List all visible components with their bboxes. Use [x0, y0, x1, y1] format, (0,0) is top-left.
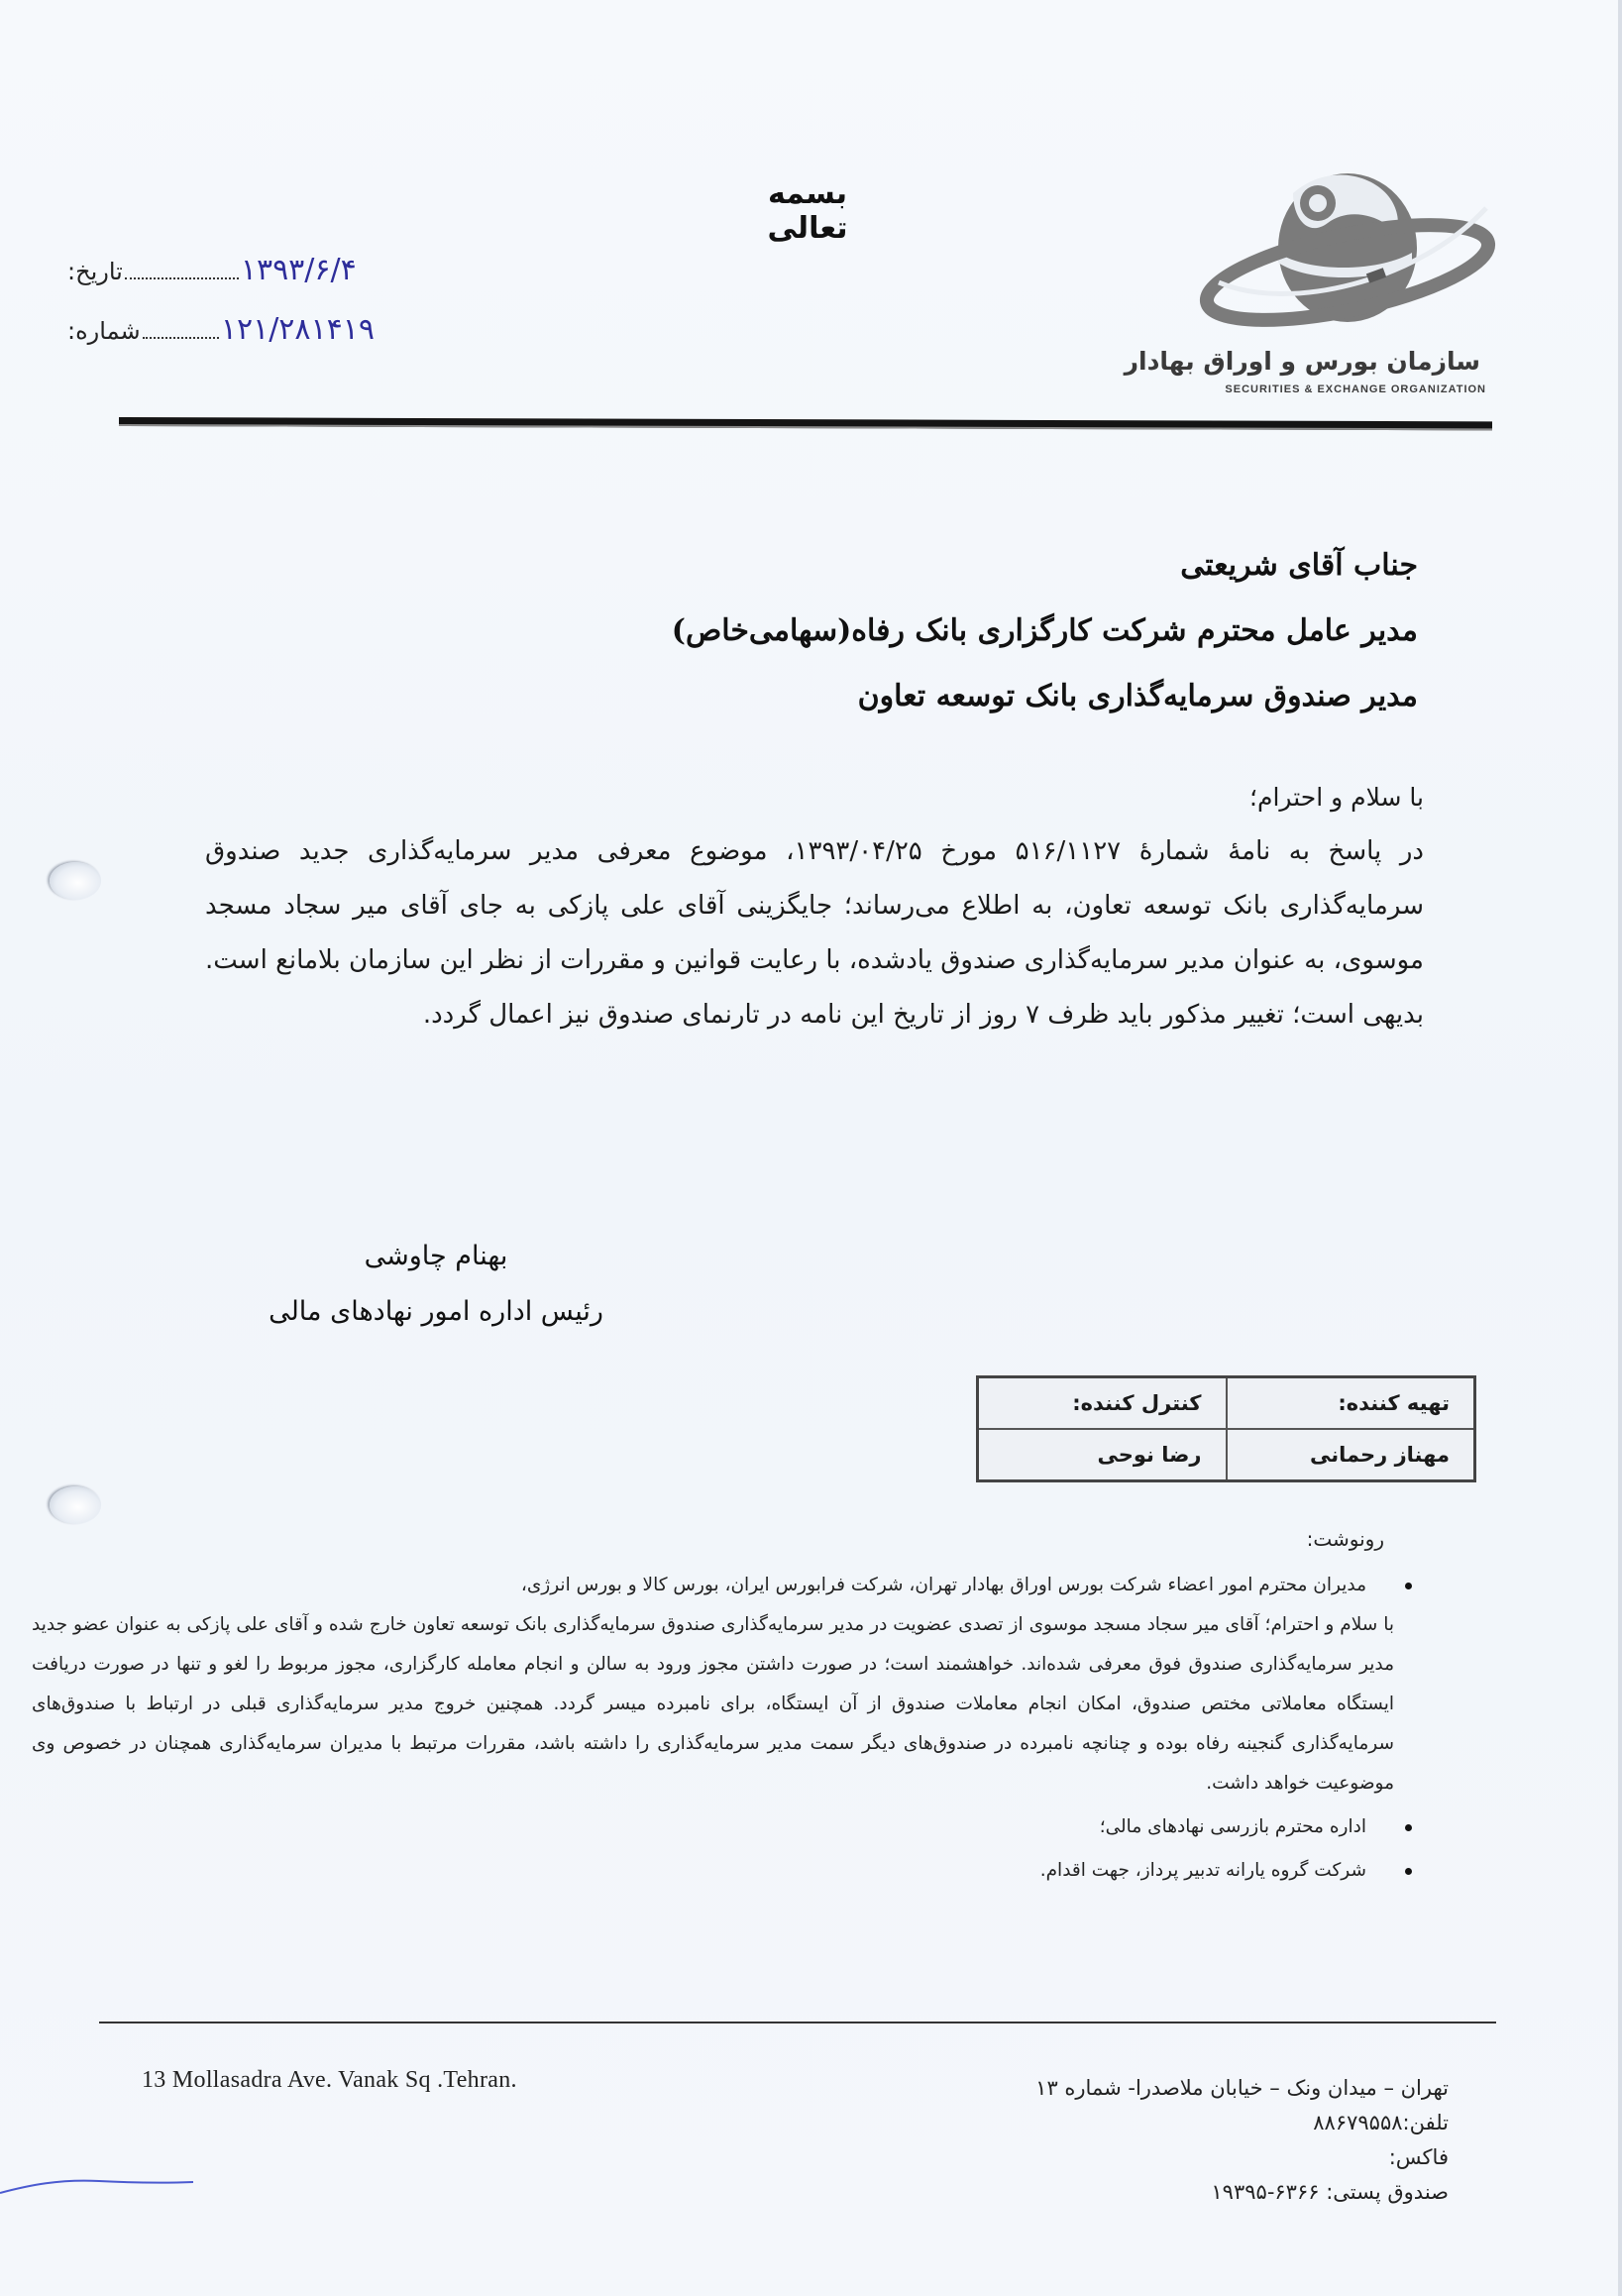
controlled-by-value: رضا نوحی: [978, 1429, 1227, 1481]
date-field: تاریخ: ۱۳۹۳/۶/۴: [67, 253, 375, 287]
date-dotted-line: [125, 262, 239, 279]
number-dotted-line: [143, 321, 219, 339]
organization-name-fa: سازمان بورس و اوراق بهادار: [1125, 347, 1480, 376]
controlled-by-header: کنترل کننده:: [978, 1377, 1227, 1430]
footer-fax: فاکس:: [854, 2140, 1449, 2175]
date-value: ۱۳۹۳/۶/۴: [241, 253, 357, 287]
addressee-line-2: مدیر عامل محترم شرکت کارگزاری بانک رفاه(…: [526, 599, 1418, 664]
footer-po-box: صندوق پستی: ۶۳۶۶-۱۹۳۹۵: [854, 2175, 1449, 2210]
cc-item: اداره محترم بازرسی نهادهای مالی؛: [126, 1807, 1394, 1847]
addressee-line-3: مدیر صندوق سرمایه‌گذاری بانک توسعه تعاون: [526, 664, 1418, 729]
prepared-by-value: مهناز رحمانی: [1227, 1429, 1475, 1481]
number-field: شماره: ۱۲۱/۲۸۱۴۱۹: [67, 312, 375, 347]
cc-item-first-line: اداره محترم بازرسی نهادهای مالی؛: [1100, 1816, 1366, 1837]
body-paragraph: در پاسخ به نامهٔ شمارهٔ ۵۱۶/۱۱۲۷ مورخ ۱۳…: [205, 824, 1424, 1042]
cc-title: رونوشت:: [1307, 1527, 1384, 1551]
cc-item-first-line: شرکت گروه یارانه تدبیر پرداز، جهت اقدام.: [1040, 1860, 1366, 1881]
addressee-block: جناب آقای شریعتی مدیر عامل محترم شرکت کا…: [526, 533, 1418, 729]
number-value: ۱۲۱/۲۸۱۴۱۹: [221, 312, 375, 347]
footer-phone: تلفن:۸۸۶۷۹۵۵۸: [854, 2106, 1449, 2140]
letter-page: سازمان بورس و اوراق بهادار SECURITIES & …: [0, 0, 1622, 2296]
prepared-by-table: تهیه کننده: کنترل کننده: مهناز رحمانی رض…: [976, 1375, 1476, 1482]
signatory-title: رئیس اداره امور نهادهای مالی: [248, 1284, 624, 1340]
cc-item-first-line: مدیران محترم امور اعضاء شرکت بورس اوراق …: [521, 1575, 1366, 1595]
prepared-by-header: تهیه کننده:: [1227, 1377, 1475, 1430]
header-divider: [119, 417, 1492, 430]
table-row: مهناز رحمانی رضا نوحی: [978, 1429, 1475, 1481]
basmala-heading: بسمه تعالی: [723, 176, 892, 246]
cc-item-continuation: با سلام و احترام؛ آقای میر سجاد مسجد موس…: [32, 1605, 1394, 1804]
signature-block: بهنام چاوشی رئیس اداره امور نهادهای مالی: [248, 1229, 624, 1340]
organization-logo: سازمان بورس و اوراق بهادار SECURITIES & …: [1189, 164, 1506, 401]
signatory-name: بهنام چاوشی: [248, 1229, 624, 1284]
footer-address-fa: تهران – میدان ونک – خیابان ملاصدرا- شمار…: [854, 2071, 1449, 2106]
page-edge: [1618, 0, 1622, 2296]
cc-item: شرکت گروه یارانه تدبیر پرداز، جهت اقدام.: [126, 1851, 1394, 1891]
pen-mark-icon: [0, 2175, 198, 2205]
punch-hole: [50, 1486, 101, 1524]
number-label: شماره:: [67, 317, 141, 345]
date-label: تاریخ:: [67, 258, 123, 285]
addressee-line-1: جناب آقای شریعتی: [526, 533, 1418, 599]
salutation: با سلام و احترام؛: [1249, 783, 1424, 812]
footer-divider: [99, 2022, 1496, 2023]
footer-contact-fa: تهران – میدان ونک – خیابان ملاصدرا- شمار…: [854, 2071, 1449, 2210]
cc-list: مدیران محترم امور اعضاء شرکت بورس اوراق …: [126, 1566, 1394, 1891]
cc-item: مدیران محترم امور اعضاء شرکت بورس اوراق …: [126, 1566, 1394, 1804]
footer-address-en: 13 Mollasadra Ave. Vanak Sq .Tehran.: [142, 2067, 517, 2094]
globe-swirl-logo-icon: [1199, 164, 1496, 342]
organization-name-en: SECURITIES & EXCHANGE ORGANIZATION: [1225, 383, 1486, 395]
table-header-row: تهیه کننده: کنترل کننده:: [978, 1377, 1475, 1430]
punch-hole: [50, 862, 101, 900]
